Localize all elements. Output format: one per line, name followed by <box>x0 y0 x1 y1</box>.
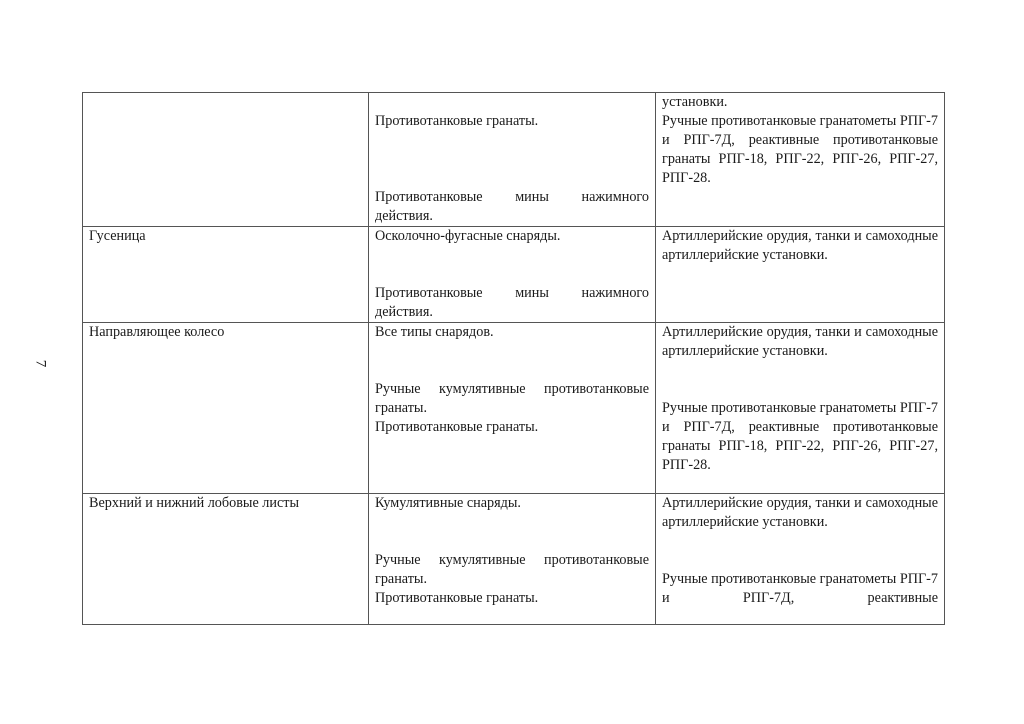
weapons-item: Артиллерийские орудия, танки и самоходны… <box>662 494 938 532</box>
ammo-item: Противотанковые гранаты. <box>375 418 649 437</box>
part-cell: Гусеница <box>83 227 369 323</box>
weapons-item: Артиллерийские орудия, танки и самоходны… <box>662 227 938 265</box>
weapons-cell: Артиллерийские орудия, танки и самоходны… <box>656 494 945 625</box>
ammo-item: Противотанковые гранаты. <box>375 589 649 608</box>
ammo-item: Противотанковые мины нажимного действия. <box>375 284 649 322</box>
part-cell: Верхний и нижний лобовые листы <box>83 494 369 625</box>
ammo-item: Противотанковые гранаты. <box>375 112 649 131</box>
weapons-cell: Артиллерийские орудия, танки и самоходны… <box>656 323 945 494</box>
weapons-item: Ручные противотанковые гранатометы РПГ-7… <box>662 570 938 608</box>
table-row: Противотанковые гранаты. Противотанковые… <box>83 93 945 227</box>
weapons-item: Ручные противотанковые гранатометы РПГ-7… <box>662 399 938 475</box>
ammo-cell: Кумулятивные снаряды. Ручные кумулятивны… <box>369 494 656 625</box>
ammo-item: Осколочно-фугасные снаряды. <box>375 227 649 246</box>
part-cell: Направляющее колесо <box>83 323 369 494</box>
table-row: Верхний и нижний лобовые листы Кумулятив… <box>83 494 945 625</box>
ammo-item: Противотанковые мины нажимного действия. <box>375 188 649 226</box>
ammo-cell: Все типы снарядов. Ручные кумулятивные п… <box>369 323 656 494</box>
weapons-cell: установки. Ручные противотанковые гранат… <box>656 93 945 227</box>
table-row: Гусеница Осколочно-фугасные снаряды. Про… <box>83 227 945 323</box>
ammo-item: Ручные кумулятивные противотанковые гран… <box>375 551 649 589</box>
weapons-item: установки. <box>662 93 938 112</box>
weapons-item: Артиллерийские орудия, танки и самоходны… <box>662 323 938 361</box>
weapons-item: Ручные противотанковые гранатометы РПГ-7… <box>662 112 938 188</box>
page-number: 7 <box>31 360 48 368</box>
ammo-item: Ручные кумулятивные противотанковые гран… <box>375 380 649 418</box>
weapons-cell: Артиллерийские орудия, танки и самоходны… <box>656 227 945 323</box>
ammo-item: Кумулятивные снаряды. <box>375 494 649 513</box>
part-cell <box>83 93 369 227</box>
damage-table: Противотанковые гранаты. Противотанковые… <box>82 92 945 625</box>
ammo-cell: Противотанковые гранаты. Противотанковые… <box>369 93 656 227</box>
table-row: Направляющее колесо Все типы снарядов. Р… <box>83 323 945 494</box>
ammo-item: Все типы снарядов. <box>375 323 649 342</box>
ammo-cell: Осколочно-фугасные снаряды. Противотанко… <box>369 227 656 323</box>
